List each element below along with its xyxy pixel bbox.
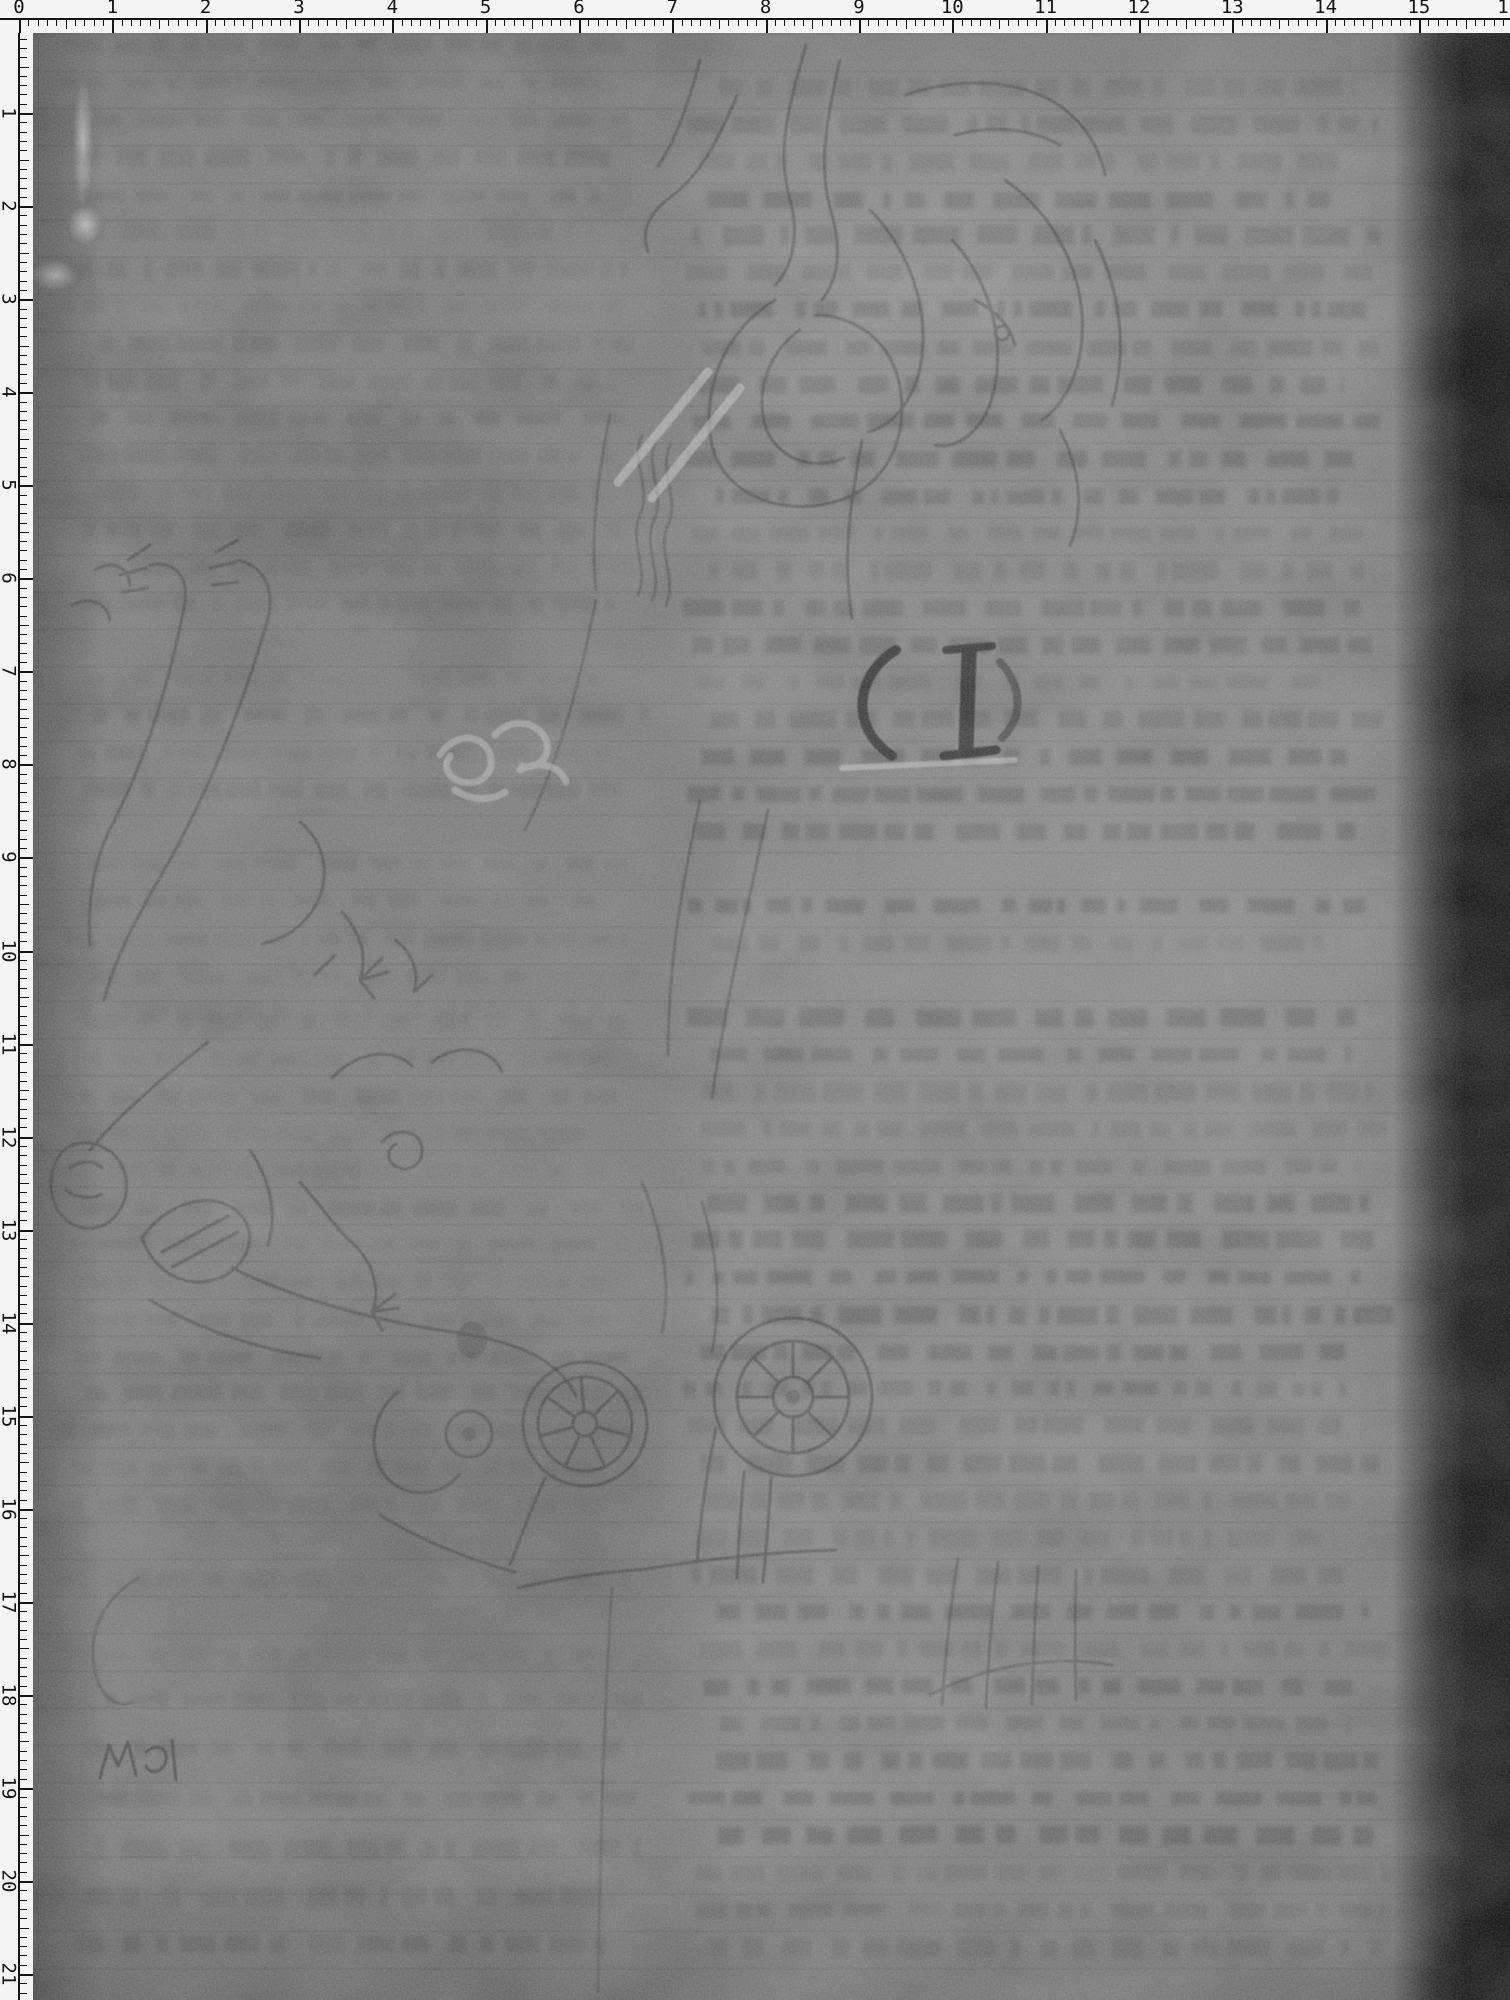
ruler-tick [262, 19, 263, 26]
ruler-tick [822, 19, 823, 26]
ruler-tick [20, 774, 27, 775]
ruler-tick [523, 19, 524, 26]
ruler-tick [616, 19, 617, 26]
ruler-tick [1036, 19, 1037, 26]
ruler-tick [887, 19, 888, 26]
ruler-tick [1335, 19, 1336, 26]
ruler-tick [20, 1397, 27, 1398]
ruler-tick [20, 1546, 27, 1547]
ruler-tick [20, 1639, 27, 1640]
ruler-tick [20, 1034, 27, 1035]
ruler-tick [20, 1267, 27, 1268]
ruler-label: 15 [0, 1404, 18, 1427]
ruler-tick [20, 1509, 33, 1511]
ruler-label: 1 [0, 107, 18, 118]
ruler-tick [112, 19, 114, 33]
ruler-tick [411, 19, 412, 26]
ruler-tick [20, 1109, 27, 1110]
ruler-tick [20, 625, 29, 626]
ruler-tick [971, 19, 972, 26]
ruler-tick [20, 1955, 27, 1956]
ruler-tick [20, 1946, 27, 1947]
ruler-tick [20, 346, 29, 347]
ruler-tick [20, 215, 27, 216]
flourish-figure-sketch [645, 45, 1120, 618]
ruler-tick [868, 19, 869, 26]
ruler-tick [1167, 19, 1168, 26]
ruler-tick [1494, 19, 1495, 26]
ruler-tick [20, 1341, 27, 1342]
ruler-tick [20, 1248, 27, 1249]
ruler-tick [635, 19, 636, 26]
highlight-ribbon [618, 372, 1015, 768]
ruler-tick [906, 19, 907, 29]
ruler-tick [131, 19, 132, 26]
top-centimeter-ruler: 01234567891011121314151 [0, 0, 1510, 33]
ruler-tick [20, 336, 27, 337]
ruler-tick [20, 1890, 27, 1891]
ruler-tick [710, 19, 711, 26]
ruler-tick [20, 67, 29, 68]
ruler-tick [20, 1025, 27, 1026]
ruler-label: 18 [0, 1683, 18, 1706]
limb-sketches [72, 540, 432, 1000]
ruler-tick [20, 1286, 27, 1287]
ruler-tick [364, 19, 365, 26]
ruler-tick [20, 1676, 27, 1677]
ruler-tick [20, 997, 29, 998]
ruler-label: 3 [0, 293, 18, 304]
ruler-tick [20, 951, 33, 953]
ruler-tick [20, 290, 27, 291]
ruler-tick [794, 19, 795, 26]
ruler-tick [159, 19, 160, 29]
ruler-tick [271, 19, 272, 26]
ruler-tick [20, 104, 27, 105]
ruler-tick [20, 978, 27, 979]
ruler-label: 7 [0, 666, 18, 677]
ruler-tick [20, 1630, 27, 1631]
ruler-tick [20, 1239, 27, 1240]
ruler-tick [20, 1732, 27, 1733]
ruler-tick [20, 904, 29, 905]
ruler-tick [20, 1816, 27, 1817]
ruler-tick [20, 504, 27, 505]
ruler-tick [20, 1797, 27, 1798]
ruler-tick [476, 19, 477, 26]
ruler-tick [290, 19, 291, 26]
ruler-tick [20, 662, 27, 663]
ruler-tick [346, 19, 347, 29]
ruler-tick [20, 1183, 29, 1184]
ruler-tick [20, 122, 27, 123]
ruler-tick [682, 19, 683, 26]
ruler-tick [20, 1453, 27, 1454]
ruler-tick [1130, 19, 1131, 26]
ruler-tick [20, 1313, 27, 1314]
ruler-label: 9 [0, 852, 18, 863]
ruler-tick [122, 19, 123, 26]
ruler-tick [1466, 19, 1467, 29]
ruler-tick [728, 19, 729, 26]
ruler-tick [20, 578, 33, 580]
ruler-label: 8 [0, 759, 18, 770]
ruler-tick [20, 941, 27, 942]
ruler-tick [20, 1472, 27, 1473]
ruler-tick [980, 19, 981, 26]
ruler-label: 10 [0, 939, 18, 962]
ruler-label: 6 [0, 573, 18, 584]
ruler-tick [402, 19, 403, 26]
ruler-tick [20, 355, 27, 356]
ruler-tick [20, 523, 27, 524]
ruler-tick [504, 19, 505, 26]
ruler-tick [20, 309, 27, 310]
ruler-tick [66, 19, 67, 29]
ruler-tick [20, 299, 33, 301]
ruler-tick [150, 19, 151, 26]
ruler-tick [20, 699, 27, 700]
ruler-tick [20, 243, 27, 244]
ruler-tick [20, 960, 27, 961]
ruler-tick [598, 19, 599, 26]
ruler-tick [20, 988, 27, 989]
sketch-layer [33, 33, 1510, 2000]
long-compass-lines [642, 800, 768, 1352]
ruler-tick [20, 1583, 27, 1584]
ruler-tick [20, 1406, 27, 1407]
ruler-tick [20, 1211, 27, 1212]
ruler-tick [20, 569, 27, 570]
ruler-tick [20, 1993, 27, 1994]
ruler-tick [20, 1909, 27, 1910]
ruler-tick [20, 830, 27, 831]
ruler-tick [607, 19, 608, 26]
ruler-tick [551, 19, 552, 26]
ruler-tick [20, 1220, 27, 1221]
ruler-tick [20, 1146, 27, 1147]
ruler-tick [924, 19, 925, 26]
ruler-tick [252, 19, 253, 29]
ruler-tick [20, 234, 27, 235]
ruler-tick [20, 681, 27, 682]
ruler-label: 17 [0, 1590, 18, 1613]
ruler-tick [94, 19, 95, 26]
ruler-tick [495, 19, 496, 26]
ruler-tick [756, 19, 757, 26]
ruler-tick [1018, 19, 1019, 26]
ruler-label: 1 [107, 0, 118, 17]
ruler-tick [20, 597, 27, 598]
ruler-tick [1326, 19, 1328, 33]
ruler-tick [1251, 19, 1252, 26]
ruler-tick [20, 1751, 27, 1752]
ruler-tick [20, 1276, 29, 1277]
ruler-tick [20, 1155, 27, 1156]
ruler-tick [20, 197, 27, 198]
ruler-tick [1419, 19, 1421, 33]
ruler-tick [20, 1369, 29, 1370]
ruler-tick [20, 1081, 27, 1082]
ruler-tick [20, 1072, 27, 1073]
ruler-tick [1074, 19, 1075, 26]
ruler-tick [1176, 19, 1177, 26]
ruler-tick [20, 225, 27, 226]
ruler-tick [20, 1118, 27, 1119]
ruler-label: 16 [0, 1497, 18, 1520]
ruler-tick [20, 1918, 27, 1919]
ruler-tick [187, 19, 188, 26]
ruler-tick [206, 19, 208, 33]
ruler-tick [20, 113, 33, 115]
ruler-tick [20, 1127, 27, 1128]
ruler-tick [719, 19, 720, 29]
ruler-tick [20, 327, 27, 328]
ruler-tick [542, 19, 543, 26]
ruler-tick [224, 19, 225, 26]
ruler-tick [38, 19, 39, 26]
ruler-tick [1400, 19, 1401, 26]
ruler-tick [20, 1974, 33, 1976]
ruler-tick [20, 867, 27, 868]
ruler-tick [20, 1667, 27, 1668]
ruler-tick [20, 848, 27, 849]
ruler-tick [20, 1518, 27, 1519]
ruler-label: 4 [0, 386, 18, 397]
ruler-label: 4 [387, 0, 398, 17]
ruler-tick [20, 737, 27, 738]
ruler-tick [20, 39, 27, 40]
ruler-tick [355, 19, 356, 26]
ruler-tick [1046, 19, 1048, 33]
reclining-figure-sketch [51, 1042, 576, 1396]
ruler-tick [448, 19, 449, 26]
ruler-tick [20, 476, 27, 477]
ruler-tick [1363, 19, 1364, 26]
ruler-tick [990, 19, 991, 26]
ruler-label: 8 [760, 0, 771, 17]
ruler-tick [20, 1555, 29, 1556]
ruler-tick [20, 1741, 29, 1742]
ruler-tick [196, 19, 197, 26]
ruler-label: 13 [1221, 0, 1244, 17]
ruler-tick [766, 19, 768, 33]
ruler-tick [20, 885, 27, 886]
ruler-tick [20, 1611, 27, 1612]
ruler-tick [588, 19, 589, 26]
ruler-tick [280, 19, 281, 26]
ruler-tick [19, 19, 21, 33]
ruler-tick [20, 1351, 27, 1352]
ruler-tick [738, 19, 739, 26]
ruler-tick [896, 19, 897, 26]
ruler-tick [20, 727, 27, 728]
ruler-tick [1447, 19, 1448, 26]
ruler-tick [915, 19, 916, 26]
ruler-tick [1372, 19, 1373, 29]
ruler-label: 5 [0, 480, 18, 491]
ruler-tick [20, 160, 29, 161]
ruler-tick [840, 19, 841, 26]
ruler-tick [243, 19, 244, 26]
ruler-label: 2 [0, 200, 18, 211]
ruler-tick [336, 19, 337, 26]
ruler-label: 9 [853, 0, 864, 17]
left-centimeter-ruler: 123456789101112131415161718192021 [0, 0, 33, 2000]
ruler-tick [20, 764, 33, 766]
ruler-tick [467, 19, 468, 26]
ruler-tick [383, 19, 384, 26]
ruler-tick [20, 206, 33, 208]
ruler-tick [1008, 19, 1009, 26]
ruler-tick [1186, 19, 1187, 29]
ruler-tick [20, 643, 27, 644]
ruler-tick [943, 19, 944, 26]
ruler-tick [20, 1825, 27, 1826]
ruler-tick [1102, 19, 1103, 26]
large-initial-mark [862, 646, 1017, 756]
ruler-tick [20, 1416, 33, 1418]
ruler-tick [20, 1723, 27, 1724]
ruler-label: 13 [0, 1218, 18, 1241]
ruler-tick [20, 1500, 27, 1501]
ruler-tick [20, 457, 27, 458]
ruler-label: 15 [1407, 0, 1430, 17]
ruler-tick [20, 1137, 33, 1139]
ruler-tick [1288, 19, 1289, 26]
ruler-tick [20, 1769, 27, 1770]
ruler-tick [20, 1090, 29, 1091]
ruler-label: 5 [480, 0, 491, 17]
ruler-tick [20, 1900, 27, 1901]
ruler-tick [831, 19, 832, 26]
ruler-tick [20, 1481, 27, 1482]
ruler-label: 6 [573, 0, 584, 17]
ruler-tick [20, 1648, 29, 1649]
manuscript-scan [33, 33, 1510, 2000]
ruler-tick [812, 19, 813, 29]
ruler-tick [308, 19, 309, 26]
ruler-tick [20, 271, 27, 272]
ruler-tick [20, 1714, 27, 1715]
ruler-tick [1382, 19, 1383, 26]
ruler-tick [1298, 19, 1299, 26]
ruler-tick [20, 1332, 27, 1333]
ruler-tick [20, 253, 29, 254]
ruler-label: 7 [667, 0, 678, 17]
ruler-tick [952, 19, 954, 33]
ruler-tick [20, 746, 27, 747]
ruler-tick [20, 1807, 27, 1808]
ruler-tick [20, 1444, 27, 1445]
ruler-tick [20, 755, 27, 756]
ruler-tick [803, 19, 804, 26]
ruler-tick [747, 19, 748, 26]
ruler-tick [20, 48, 27, 49]
ruler-label: 2 [200, 0, 211, 17]
ruler-tick [775, 19, 776, 26]
ruler-tick [20, 550, 27, 551]
ruler-tick [20, 1295, 27, 1296]
ruler-tick [962, 19, 963, 26]
ruler-tick [20, 467, 27, 468]
ruler-tick [84, 19, 85, 26]
ruler-tick [299, 19, 301, 33]
ruler-tick [1120, 19, 1121, 26]
ruler-tick [1307, 19, 1308, 26]
ruler-label: 3 [293, 0, 304, 17]
ruler-tick [20, 802, 27, 803]
ruler-tick [1083, 19, 1084, 26]
ruler-tick [20, 671, 33, 673]
ruler-tick [20, 141, 27, 142]
ruler-tick [514, 19, 515, 26]
ruler-tick [234, 19, 235, 26]
scribble-mark [93, 1578, 176, 1780]
ruler-tick [1214, 19, 1215, 26]
ruler-tick [20, 1704, 27, 1705]
ruler-tick [20, 1574, 27, 1575]
ruler-tick [20, 281, 27, 282]
manuscript-scan-viewport: 123456789101112131415161718192021 012345… [0, 0, 1510, 2000]
ruler-tick [1242, 19, 1243, 26]
ruler-tick [626, 19, 627, 29]
ruler-tick [486, 19, 488, 33]
ruler-tick [1344, 19, 1345, 26]
ruler-tick [20, 783, 27, 784]
ruler-tick [20, 1202, 27, 1203]
ruler-tick [20, 1565, 27, 1566]
ruler-tick [20, 606, 27, 607]
ruler-label: 11 [0, 1032, 18, 1055]
ruler-tick [1279, 19, 1280, 29]
ruler-tick [20, 1165, 27, 1166]
ruler-tick [663, 19, 664, 26]
ruler-tick [1316, 19, 1317, 26]
ruler-tick [1503, 19, 1504, 26]
ruler-tick [20, 1016, 27, 1017]
ruler-tick [20, 383, 27, 384]
ruler-label: 12 [1128, 0, 1151, 17]
ruler-tick [20, 1490, 27, 1491]
ruler-tick [20, 169, 27, 170]
ruler-tick [1111, 19, 1112, 26]
ruler-tick [20, 448, 27, 449]
ruler-tick [1204, 19, 1205, 26]
ruler-label: 11 [1034, 0, 1057, 17]
ruler-tick [20, 1006, 27, 1007]
ruler-tick [420, 19, 421, 26]
ruler-tick [20, 1527, 27, 1528]
ruler-tick [934, 19, 935, 26]
ruler-tick [103, 19, 104, 26]
ruler-tick [1391, 19, 1392, 26]
ruler-tick [20, 1760, 27, 1761]
ruler-tick [644, 19, 645, 26]
ruler-tick [20, 420, 27, 421]
light-worm-cluster [440, 723, 566, 798]
ruler-tick [20, 374, 27, 375]
ruler-tick [20, 178, 27, 179]
ruler-tick [20, 429, 27, 430]
ruler-label: 0 [13, 0, 24, 17]
ruler-label: 20 [0, 1870, 18, 1893]
ruler-tick [20, 57, 27, 58]
ruler-tick [20, 1053, 27, 1054]
ruler-tick [20, 1844, 27, 1845]
ruler-tick [20, 913, 27, 914]
ruler-tick [20, 485, 33, 487]
